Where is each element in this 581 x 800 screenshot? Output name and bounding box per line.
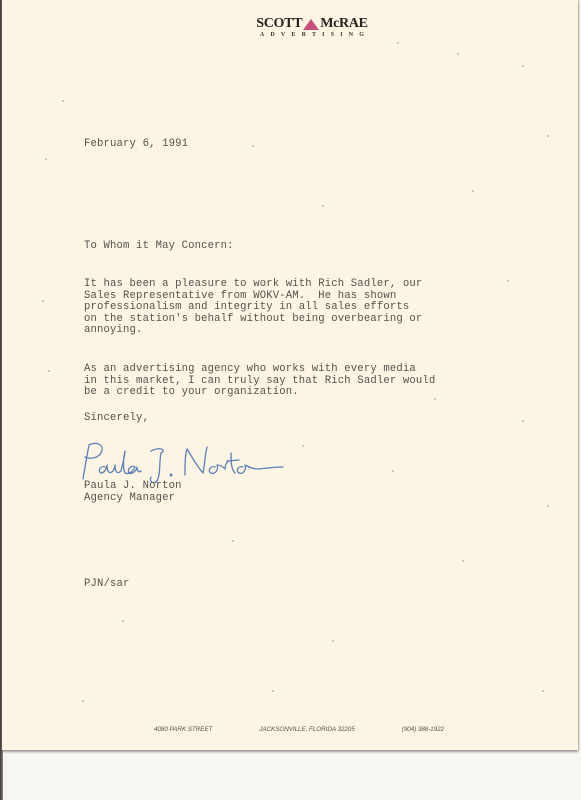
paper-speck xyxy=(392,470,394,472)
paper-speck xyxy=(62,100,64,102)
paper-speck xyxy=(122,620,124,622)
paper-speck xyxy=(547,505,549,507)
paper-speck xyxy=(45,158,47,160)
paper-speck xyxy=(82,700,84,702)
paper-speck xyxy=(332,640,334,642)
reference-initials: PJN/sar xyxy=(84,579,130,591)
body-paragraph-1: It has been a pleasure to work with Rich… xyxy=(84,279,422,337)
salutation: To Whom it May Concern: xyxy=(84,241,234,253)
paper-speck xyxy=(302,445,304,447)
signer-title: Agency Manager xyxy=(84,493,175,505)
closing: Sincerely, xyxy=(84,413,149,425)
paper-speck xyxy=(472,190,474,192)
paper-speck xyxy=(42,300,44,302)
footer-street: 4080 PARK STREET xyxy=(154,726,212,733)
paper-speck xyxy=(507,280,509,282)
paper-speck xyxy=(322,205,324,207)
paper-speck xyxy=(462,560,464,562)
paper-speck xyxy=(232,540,234,542)
paper-speck xyxy=(542,690,544,692)
logo-text-right: McRAE xyxy=(320,17,368,31)
paper-speck xyxy=(48,370,50,372)
company-logo: SCOTT McRAE ADVERTISING xyxy=(252,17,372,39)
paper-speck xyxy=(522,420,524,422)
paper-speck xyxy=(272,690,274,692)
footer-phone: (904) 388-1922 xyxy=(402,726,444,733)
paper-speck xyxy=(457,53,459,55)
paper-speck xyxy=(522,65,524,67)
triangle-icon xyxy=(303,19,319,30)
logo-text-left: SCOTT xyxy=(256,17,302,31)
letter-date: February 6, 1991 xyxy=(84,139,188,151)
footer-city: JACKSONVILLE, FLORIDA 32205 xyxy=(259,726,354,733)
logo-tagline: ADVERTISING xyxy=(258,32,372,39)
signer-name: Paula J. Norton xyxy=(84,481,182,493)
signature-icon xyxy=(75,437,285,483)
letter-page: SCOTT McRAE ADVERTISING February 6, 1991… xyxy=(2,0,578,750)
paper-speck xyxy=(252,145,254,147)
body-paragraph-2: As an advertising agency who works with … xyxy=(84,364,435,399)
letterhead-footer: 4080 PARK STREET JACKSONVILLE, FLORIDA 3… xyxy=(154,726,444,733)
paper-speck xyxy=(547,135,549,137)
paper-speck xyxy=(397,42,399,44)
